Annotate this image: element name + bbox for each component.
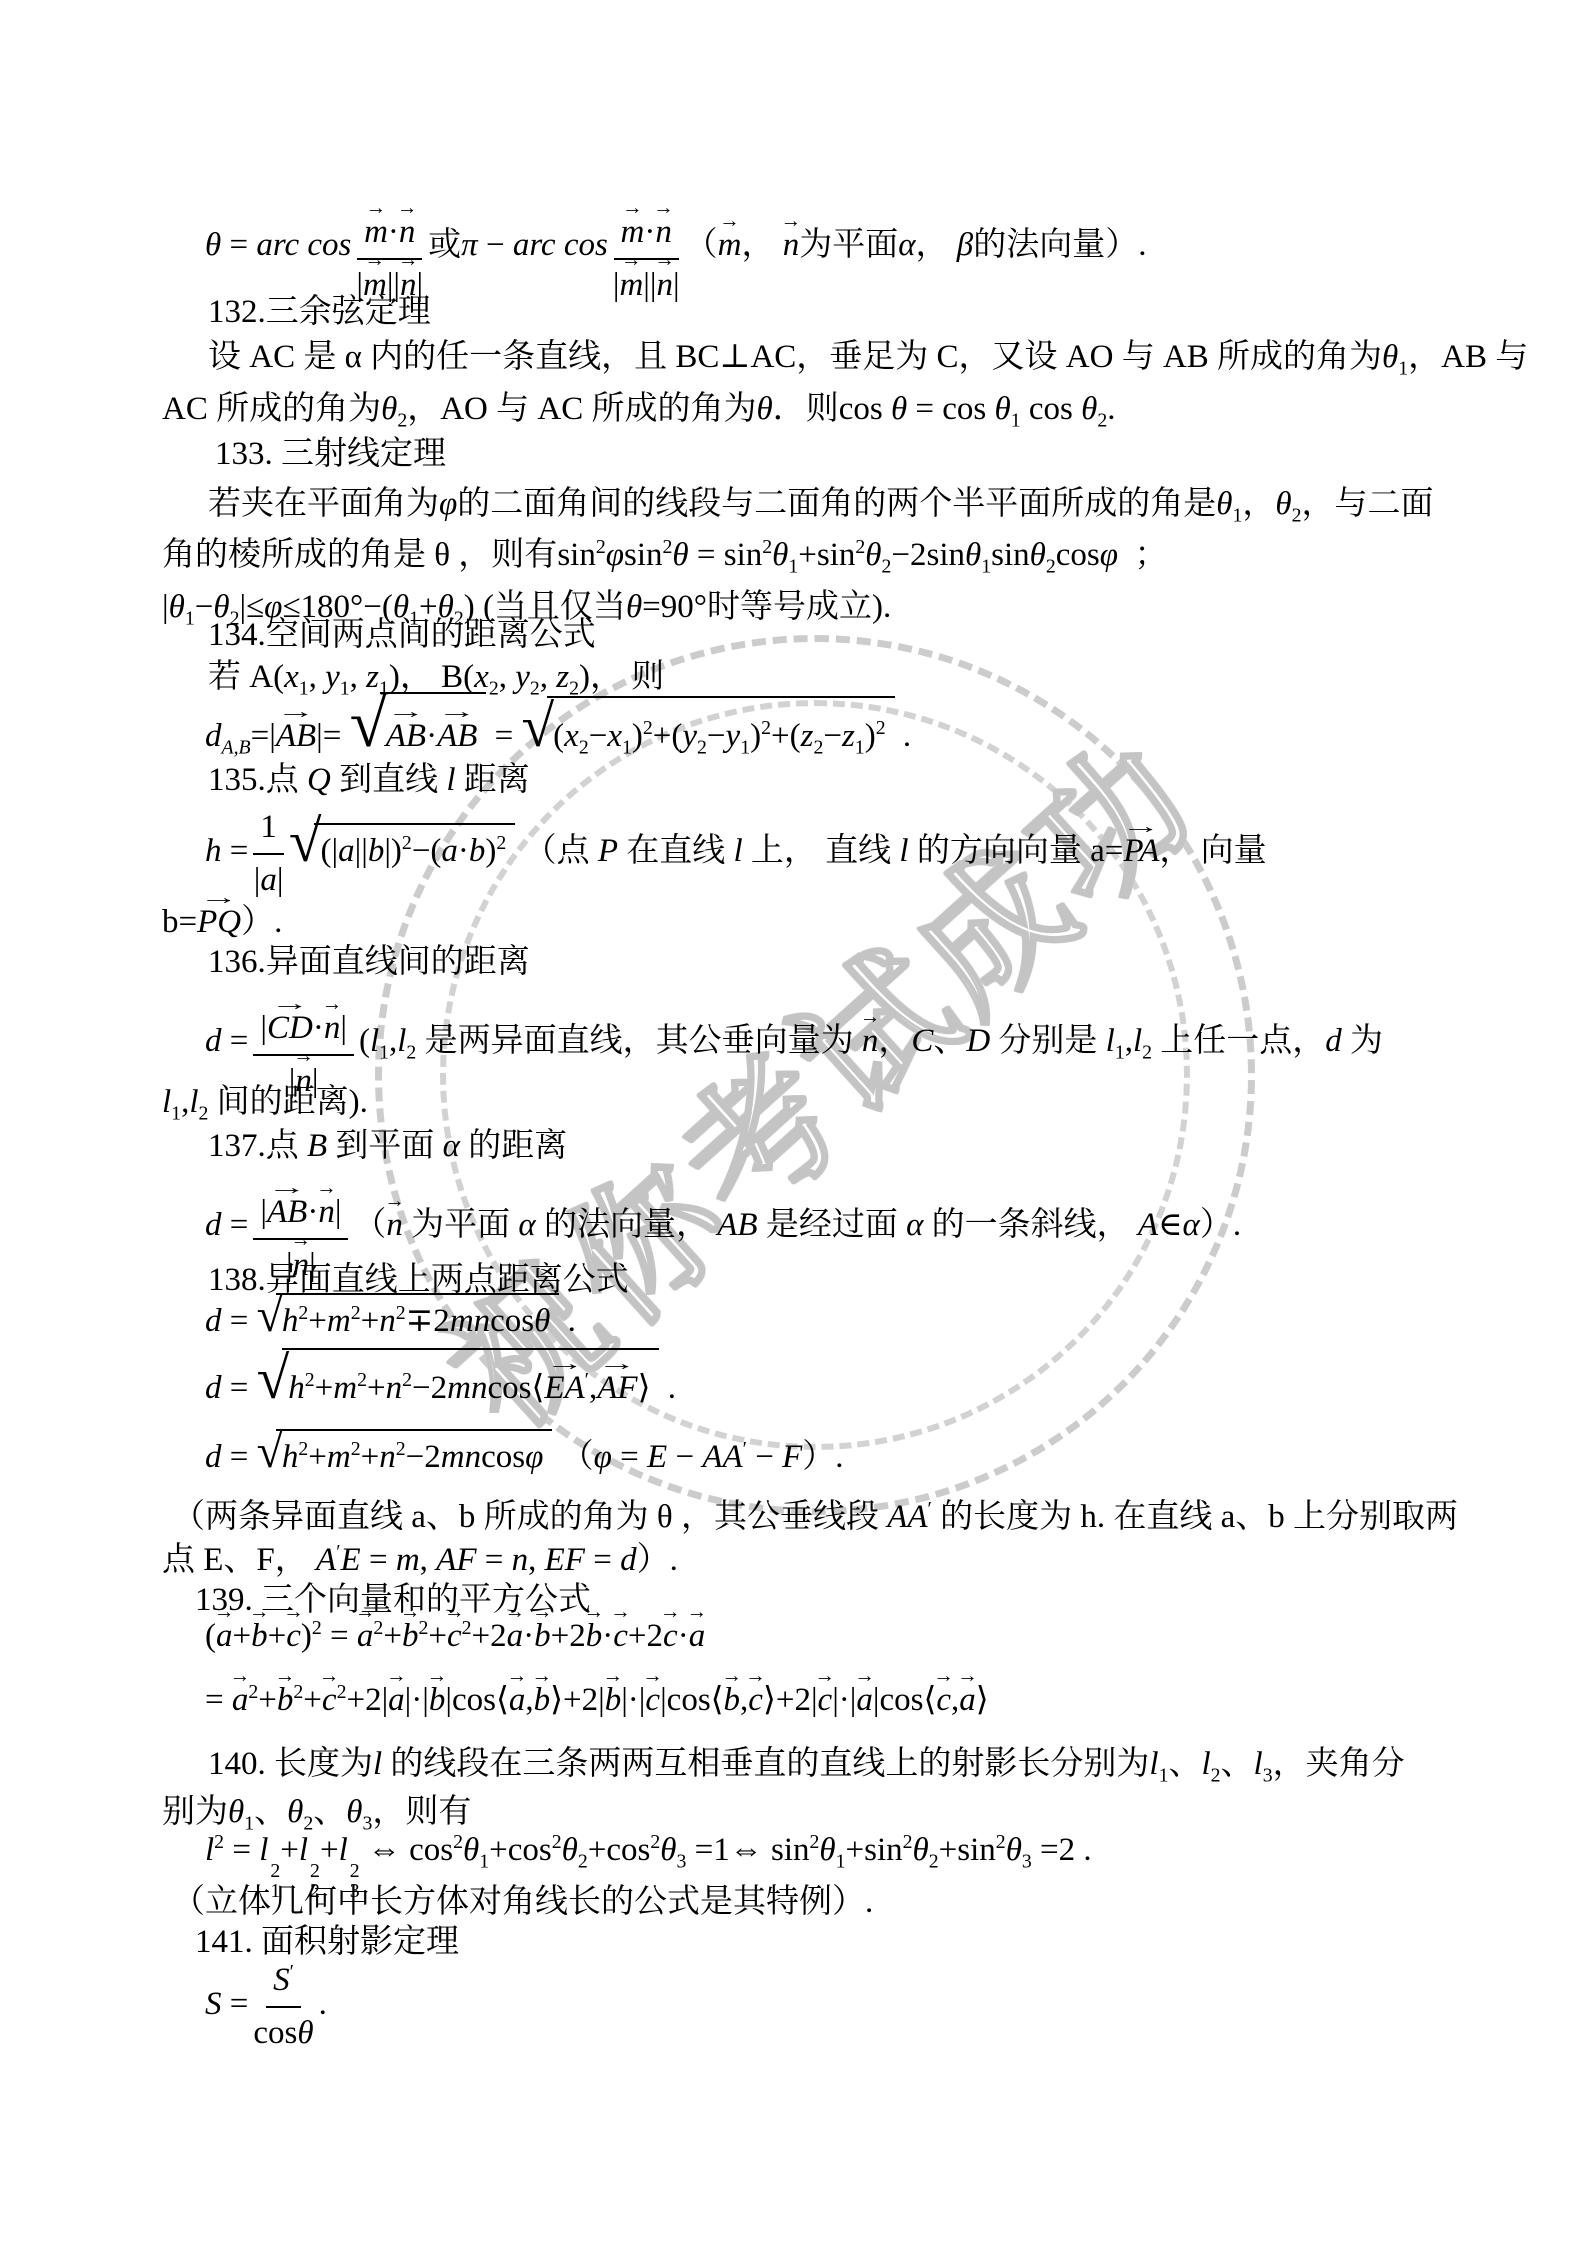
sqrt-radical: √AB·AB [350, 718, 487, 754]
para-133-line1: 若夹在平面角为φ的二面角间的线段与二面角的两个半平面所成的角是θ1，θ2，与二面 [208, 482, 1433, 529]
formula-139a: (a+b+c)2 = a2+b2+c2+2a·b+2b·c+2c·a [205, 1614, 705, 1659]
vector-CD: CD [267, 1006, 313, 1051]
sqrt-radical: √(|a||b|)2−(a·b)2 [289, 833, 515, 869]
vector-c: c [645, 1678, 660, 1723]
vector-AB: AB [276, 714, 316, 759]
sqrt-radical: √h2+m2+n2−2mncosφ [257, 1439, 553, 1475]
vector-a: a [357, 1614, 374, 1659]
vector-a: a [388, 1678, 405, 1723]
vector-c: c [447, 1614, 462, 1659]
vector-AB: AB [267, 1190, 307, 1235]
heading-132: 132.三余弦定理 [208, 290, 431, 335]
formula-138c: d = √h2+m2+n2−2mncosφ （φ = E − AA′ − F）. [205, 1428, 844, 1480]
para-138-note2: 点 E、F， A′E = m, AF = n, EF = d）. [162, 1538, 678, 1583]
vector-b: b [429, 1678, 446, 1723]
para-140-line1: 140. 长度为l 的线段在三条两两互相垂直的直线上的射影长分别为l1、l2、l… [208, 1742, 1405, 1789]
vector-n: n [318, 1190, 335, 1235]
vector-AB: AB [437, 714, 477, 759]
math-formulas-document-page: 祝你考试成功 θ = arc cosm·n|m||n|或π − arc cosm… [0, 0, 1587, 2245]
fraction: 1|a| [253, 805, 284, 902]
vector-m: m [619, 263, 643, 308]
vector-m: m [364, 210, 388, 255]
fraction: m·n|m||n| [613, 188, 680, 307]
vector-m: m [621, 210, 645, 255]
heading-136: 136.异面直线间的距离 [208, 940, 530, 985]
vector-c: c [936, 1678, 951, 1723]
vector-a: a [507, 1614, 524, 1659]
vector-PA: PA [1123, 829, 1159, 874]
vector-a: a [689, 1614, 706, 1659]
vector-AF: AF [597, 1366, 637, 1411]
vector-AB: AB [386, 714, 426, 759]
para-132-line2: AC 所成的角为θ2，AO 与 AC 所成的角为θ．则cos θ = cos θ… [162, 387, 1116, 434]
heading-134: 134.空间两点间的距离公式 [208, 613, 596, 658]
formula-139b: = a2+b2+c2+2|a|·|b|cos⟨a,b⟩+2|b|·|c|cos⟨… [205, 1678, 989, 1723]
vector-a: a [509, 1678, 526, 1723]
sqrt-radical: √h2+m2+n2−2mncos⟨EA′,AF⟩ [257, 1370, 660, 1406]
para-132-line1: 设 AC 是 α 内的任一条直线，且 BC⊥AC，垂足为 C，又设 AO 与 A… [208, 335, 1528, 382]
vector-c: c [286, 1614, 301, 1659]
heading-133: 133. 三射线定理 [215, 432, 446, 477]
formula-141-area-projection: S =S′cosθ. [205, 1958, 327, 2055]
formula-138b: d = √h2+m2+n2−2mncos⟨EA′,AF⟩ . [205, 1348, 676, 1411]
sqrt-radical: √(x2−x1)2+(y2−y1)2+(z2−z1)2 [522, 718, 895, 754]
para-136-continued: l1,l2 间的距离). [162, 1080, 368, 1127]
formula-134-distance: dA,B=|AB|= √AB·AB = √(x2−x1)2+(y2−y1)2+(… [205, 690, 911, 761]
para-133-line2-formula: 角的棱所成的角是 θ ，则有sin2φsin2θ = sin2θ1+sin2θ2… [162, 533, 1168, 580]
formula-136-skew-lines-distance: d =|CD·n||n|(l1,l2 是两异面直线，其公垂向量为 n，C、D 分… [205, 984, 1383, 1103]
formula-138a: d = √h2+m2+n2∓2mncosθ . [205, 1292, 576, 1344]
vector-n: n [399, 210, 416, 255]
vector-c: c [322, 1678, 337, 1723]
vector-c: c [748, 1678, 763, 1723]
vector-n: n [386, 1203, 403, 1248]
heading-135: 135.点 Q 到直线 l 距离 [208, 758, 530, 803]
vector-n: n [657, 263, 674, 308]
vector-c: c [613, 1614, 628, 1659]
vector-a: a [216, 1614, 233, 1659]
vector-a: a [232, 1678, 249, 1723]
vector-PQ: PQ [197, 900, 241, 945]
vector-n: n [324, 1006, 341, 1051]
vector-n: n [862, 1019, 879, 1064]
formula-135-vector-b: b=PQ）. [162, 900, 282, 945]
vector-b: b [277, 1678, 294, 1723]
vector-c: c [818, 1678, 833, 1723]
vector-n: n [783, 223, 800, 268]
formula-135-point-line-distance: h =1|a|√(|a||b|)2−(a·b)2 （点 P 在直线 l 上， 直… [205, 805, 1267, 902]
vector-n: n [655, 210, 672, 255]
vector-b: b [605, 1678, 622, 1723]
sqrt-radical: √h2+m2+n2∓2mncosθ [257, 1303, 560, 1339]
vector-b: b [586, 1614, 603, 1659]
para-138-note1: （两条异面直线 a、b 所成的角为 θ ，其公垂线段 AA′ 的长度为 h. 在… [172, 1495, 1458, 1540]
vector-b: b [534, 1678, 551, 1723]
vector-a: a [856, 1678, 873, 1723]
vector-b: b [251, 1614, 268, 1659]
vector-EA-prime: EA [544, 1366, 584, 1411]
para-140-note: （立体几何中长方体对角线长的公式是其特例）. [172, 1880, 873, 1925]
heading-137: 137.点 B 到平面 α 的距离 [208, 1124, 567, 1169]
vector-a: a [959, 1678, 976, 1723]
fraction: S′cosθ [253, 1958, 313, 2055]
vector-b: b [402, 1614, 419, 1659]
vector-b: b [724, 1678, 741, 1723]
vector-m: m [718, 223, 742, 268]
vector-b: b [534, 1614, 551, 1659]
vector-c: c [663, 1614, 678, 1659]
